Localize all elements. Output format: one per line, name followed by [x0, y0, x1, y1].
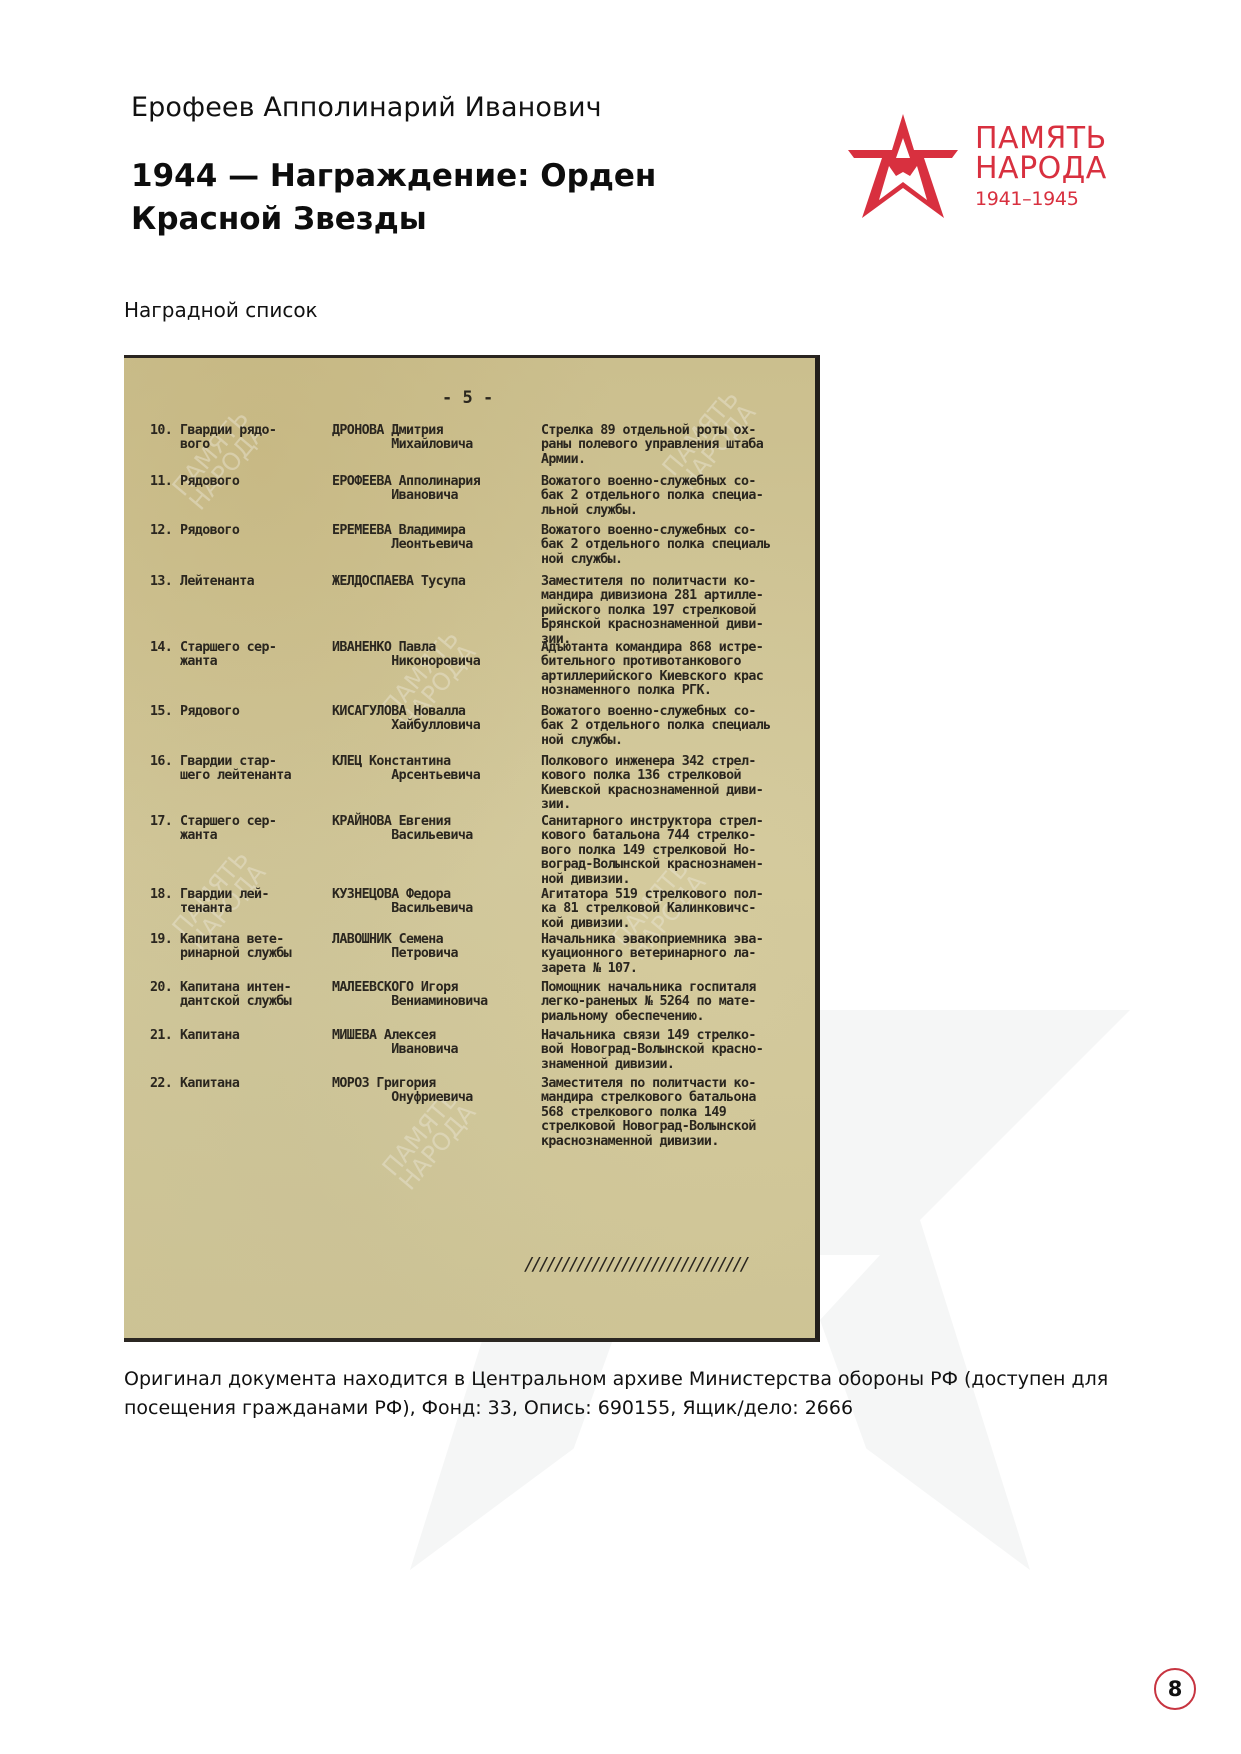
entry-unit: Заместителя по политчасти ко- мандира ст… [541, 1077, 811, 1149]
end-mark: ////////////////////////////// [524, 1254, 747, 1275]
scan-page-number: - 5 - [442, 388, 493, 408]
entry-name: КРАЙНОВА Евгения Васильевича [332, 815, 512, 844]
entry-name: ЖЕЛДОСПАЕВА Тусупа [332, 575, 512, 589]
entry-rank: Капитана интен- дантской службы [180, 981, 310, 1010]
entry-unit: Вожатого военно-служебных со- бак 2 отде… [541, 705, 811, 748]
entry-name: КИСАГУЛОВА Новалла Хайбулловича [332, 705, 512, 734]
entry-rank: Рядового [180, 524, 310, 538]
entry-unit: Агитатора 519 стрелкового пол- ка 81 стр… [541, 888, 811, 931]
red-star-icon [848, 114, 958, 218]
entry-unit: Заместителя по политчасти ко- мандира ди… [541, 575, 811, 647]
entry-unit: Вожатого военно-служебных со- бак 2 отде… [541, 475, 811, 518]
entry-unit: Начальника связи 149 стрелко- вой Новогр… [541, 1029, 811, 1072]
document-type-label: Наградной список [124, 298, 318, 322]
entry-name: ЕРОФЕЕВА Апполинария Ивановича [332, 475, 512, 504]
logo-line1: ПАМЯТЬ [975, 124, 1107, 154]
entry-rank: Капитана вете- ринарной службы [180, 933, 310, 962]
entry-name: ЕРЕМЕЕВА Владимира Леонтьевича [332, 524, 512, 553]
pamyat-naroda-logo[interactable]: ПАМЯТЬ НАРОДА 1941–1945 [848, 114, 1128, 220]
entry-rank: Гвардии стар- шего лейтенанта [180, 755, 310, 784]
entry-name: КУЗНЕЦОВА Федора Васильевича [332, 888, 512, 917]
entry-rank: Капитана [180, 1029, 310, 1043]
entry-unit: Начальника эвакоприемника эва- куационно… [541, 933, 811, 976]
entry-unit: Стрелка 89 отдельной роты ох- раны полев… [541, 424, 811, 467]
entry-name: МИШЕВА Алексея Ивановича [332, 1029, 512, 1058]
entry-unit: Санитарного инструктора стрел- кового ба… [541, 815, 811, 887]
entry-name: МАЛЕЕВСКОГО Игоря Вениаминовича [332, 981, 512, 1010]
entry-rank: Рядового [180, 705, 310, 719]
entry-rank: Старшего сер- жанта [180, 815, 310, 844]
entry-rank: Старшего сер- жанта [180, 641, 310, 670]
logo-line2: НАРОДА [975, 154, 1107, 184]
entry-name: ДРОНОВА Дмитрия Михайловича [332, 424, 512, 453]
scan-watermark: ПАМЯТЬ НАРОДА [167, 404, 271, 517]
award-title: 1944 — Награждение: Орден Красной Звезды [131, 155, 731, 241]
person-name: Ерофеев Апполинарий Иванович [131, 92, 602, 123]
entry-rank: Гвардии лей- тенанта [180, 888, 310, 917]
entry-name: КЛЕЦ Константина Арсентьевича [332, 755, 512, 784]
entry-unit: Полкового инженера 342 стрел- кового пол… [541, 755, 811, 813]
entry-unit: Вожатого военно-служебных со- бак 2 отде… [541, 524, 811, 567]
archive-source-caption: Оригинал документа находится в Центральн… [124, 1365, 1124, 1423]
entry-rank: Капитана [180, 1077, 310, 1091]
entry-name: МОРОЗ Григория Онуфриевича [332, 1077, 512, 1106]
entry-unit: Помощник начальника госпиталя легко-ране… [541, 981, 811, 1024]
logo-years: 1941–1945 [975, 186, 1107, 212]
logo-text: ПАМЯТЬ НАРОДА 1941–1945 [975, 124, 1107, 212]
award-list-scan[interactable]: ПАМЯТЬ НАРОДА ПАМЯТЬ НАРОДА ПАМЯТЬ НАРОД… [124, 355, 820, 1342]
entry-name: ИВАНЕНКО Павла Никоноровича [332, 641, 512, 670]
entry-rank: Рядового [180, 475, 310, 489]
entry-rank: Лейтенанта [180, 575, 310, 589]
page-number-badge: 8 [1154, 1668, 1196, 1710]
entry-rank: Гвардии рядо- вого [180, 424, 310, 453]
entry-name: ЛАВОШНИК Семена Петровича [332, 933, 512, 962]
entry-unit: Адъютанта командира 868 истре- бительног… [541, 641, 811, 699]
